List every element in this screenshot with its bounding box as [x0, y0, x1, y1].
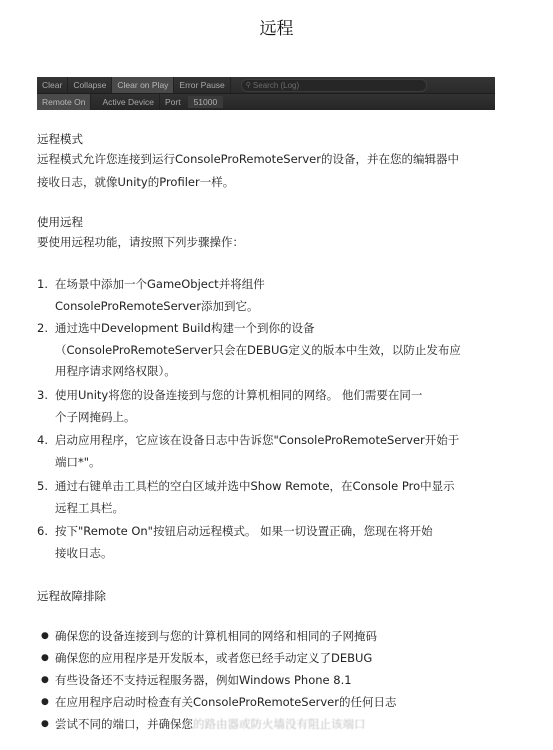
bullet-text-faded: 的路由器或防火墙没有阻止该端口: [193, 717, 366, 731]
section-heading-remote-mode: 远程模式: [37, 131, 83, 147]
step-line: 用程序请求网络权限）。: [55, 361, 525, 383]
toolbar-row-remote: Remote On Active Device Port 51000: [37, 94, 495, 110]
port-label: Port: [160, 94, 186, 110]
bullet-text: 尝试不同的端口，并确保您: [55, 717, 193, 731]
step-line: 端口*"。: [55, 452, 525, 474]
step-number: 4.: [37, 430, 51, 452]
step-line: 个子网掩码上。: [55, 407, 525, 429]
step-line: 远程工具栏。: [55, 498, 525, 520]
port-input[interactable]: 51000: [188, 96, 224, 108]
active-device-dropdown[interactable]: Active Device: [97, 94, 160, 110]
search-placeholder: Search (Log): [253, 81, 299, 90]
step-number: 5.: [37, 476, 51, 498]
remote-mode-line-1: 远程模式允许您连接到运行ConsoleProRemoteServer的设备，并在…: [37, 148, 459, 170]
step-line: 接收日志。: [55, 543, 525, 565]
step-number: 3.: [37, 385, 51, 407]
clear-on-play-button[interactable]: Clear on Play: [112, 77, 174, 93]
section-heading-using-remote: 使用远程: [37, 214, 83, 230]
magnifier-icon: ⚲: [246, 81, 251, 89]
step-line: ConsoleProRemoteServer添加到它。: [55, 296, 525, 318]
page-title: 远程: [0, 14, 553, 39]
console-pro-remote-toolbar-image: Clear Collapse Clear on Play Error Pause…: [37, 77, 495, 110]
step-line: 在场景中添加一个GameObject并将组件: [55, 274, 525, 296]
step-line: （ConsoleProRemoteServer只会在DEBUG定义的版本中生效，…: [55, 340, 525, 362]
remote-on-button[interactable]: Remote On: [37, 94, 91, 110]
error-pause-button[interactable]: Error Pause: [174, 77, 230, 93]
section-heading-troubleshooting: 远程故障排除: [37, 588, 106, 604]
step-number: 6.: [37, 521, 51, 543]
bullet-icon: ●: [41, 670, 49, 691]
collapse-button[interactable]: Collapse: [68, 77, 112, 93]
clear-button[interactable]: Clear: [37, 77, 68, 93]
remote-mode-line-2: 接收日志，就像Unity的Profiler一样。: [37, 171, 234, 193]
step-number: 1.: [37, 274, 51, 296]
bullet-icon: ●: [41, 692, 49, 713]
using-remote-intro: 要使用远程功能，请按照下列步骤操作：: [37, 231, 244, 253]
bullet-icon: ●: [41, 648, 49, 669]
bullet-icon: ●: [41, 714, 49, 735]
step-line: 使用Unity将您的设备连接到与您的计算机相同的网络。 他们需要在同一: [55, 385, 525, 407]
step-line: 通过右键单击工具栏的空白区域并选中Show Remote，在Console Pr…: [55, 476, 525, 498]
step-line: 按下"Remote On"按钮启动远程模式。 如果一切设置正确，您现在将开始: [55, 521, 525, 543]
step-line: 通过选中Development Build构建一个到你的设备: [55, 318, 525, 340]
bullet-icon: ●: [41, 626, 49, 647]
step-line: 启动应用程序，它应该在设备日志中告诉您"ConsoleProRemoteServ…: [55, 430, 525, 452]
search-log-input[interactable]: ⚲ Search (Log): [241, 79, 427, 92]
toolbar-row-main: Clear Collapse Clear on Play Error Pause…: [37, 77, 495, 94]
step-number: 2.: [37, 318, 51, 340]
